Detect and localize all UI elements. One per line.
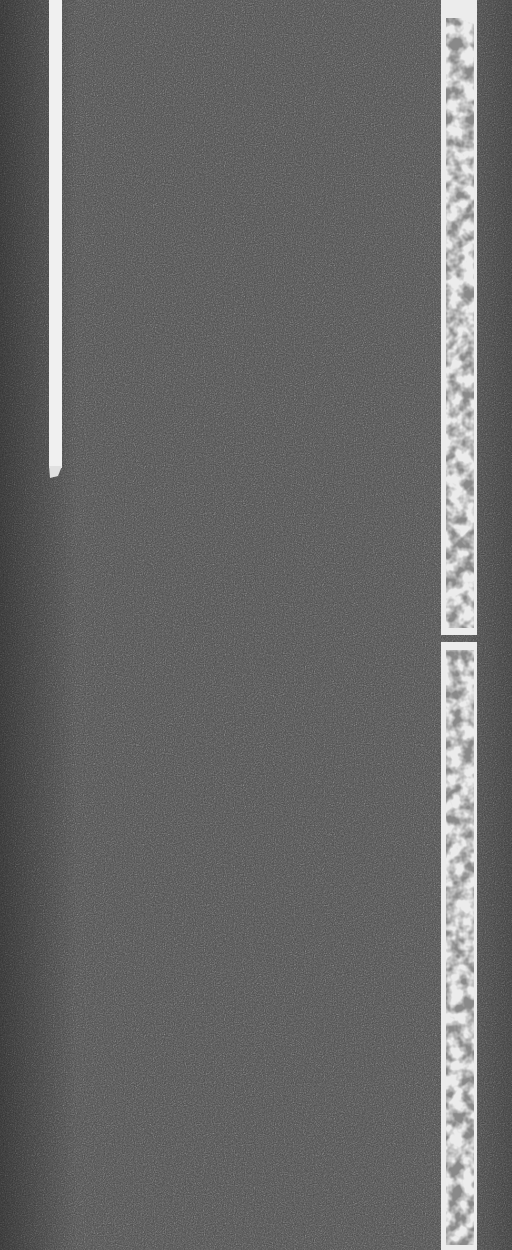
solid-lane-line-left	[49, 0, 62, 468]
road-photo	[0, 0, 512, 1250]
worn-edge-line-right	[441, 0, 477, 1250]
